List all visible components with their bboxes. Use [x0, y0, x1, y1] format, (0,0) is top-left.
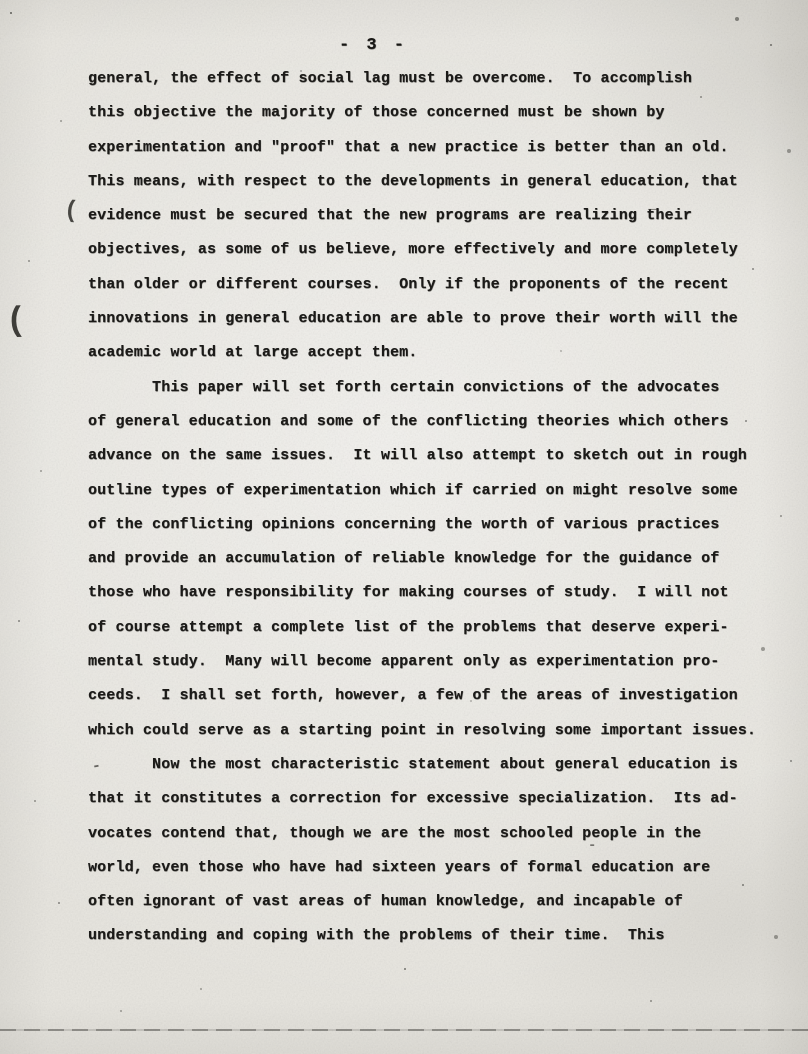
text-line: innovations in general education are abl…: [88, 302, 768, 336]
text-line: experimentation and "proof" that a new p…: [88, 131, 768, 165]
text-line: and provide an accumulation of reliable …: [88, 542, 768, 576]
text-line: understanding and coping with the proble…: [88, 919, 768, 953]
text-line: this objective the majority of those con…: [88, 96, 768, 130]
text-line: This paper will set forth certain convic…: [88, 371, 768, 405]
text-line: of general education and some of the con…: [88, 405, 768, 439]
text-line: of the conflicting opinions concerning t…: [88, 508, 768, 542]
margin-tick-mark: (: [63, 198, 79, 226]
text-line: vocates contend that, though we are the …: [88, 817, 768, 851]
text-line: than older or different courses. Only if…: [88, 268, 768, 302]
text-line: This means, with respect to the developm…: [88, 165, 768, 199]
text-line: mental study. Many will become apparent …: [88, 645, 768, 679]
text-line: which could serve as a starting point in…: [88, 714, 768, 748]
text-line: world, even those who have had sixteen y…: [88, 851, 768, 885]
text-line: outline types of experimentation which i…: [88, 474, 768, 508]
scanned-document-page: - 3 - general, the effect of social lag …: [0, 0, 808, 1054]
text-line: ceeds. I shall set forth, however, a few…: [88, 679, 768, 713]
text-line: those who have responsibility for making…: [88, 576, 768, 610]
text-line: Now the most characteristic statement ab…: [88, 748, 768, 782]
typewritten-body: general, the effect of social lag must b…: [88, 62, 768, 954]
text-line: of course attempt a complete list of the…: [88, 611, 768, 645]
scan-artifact-line: [0, 1029, 808, 1031]
text-line: advance on the same issues. It will also…: [88, 439, 768, 473]
text-line: evidence must be secured that the new pr…: [88, 199, 768, 233]
margin-paren-mark: (: [5, 303, 27, 342]
text-line: often ignorant of vast areas of human kn…: [88, 885, 768, 919]
text-line: objectives, as some of us believe, more …: [88, 233, 768, 267]
scan-speckles: [0, 0, 2, 2]
page-number: - 3 -: [339, 36, 408, 55]
text-line: academic world at large accept them.: [88, 336, 768, 370]
text-line: general, the effect of social lag must b…: [88, 62, 768, 96]
text-line: that it constitutes a correction for exc…: [88, 782, 768, 816]
